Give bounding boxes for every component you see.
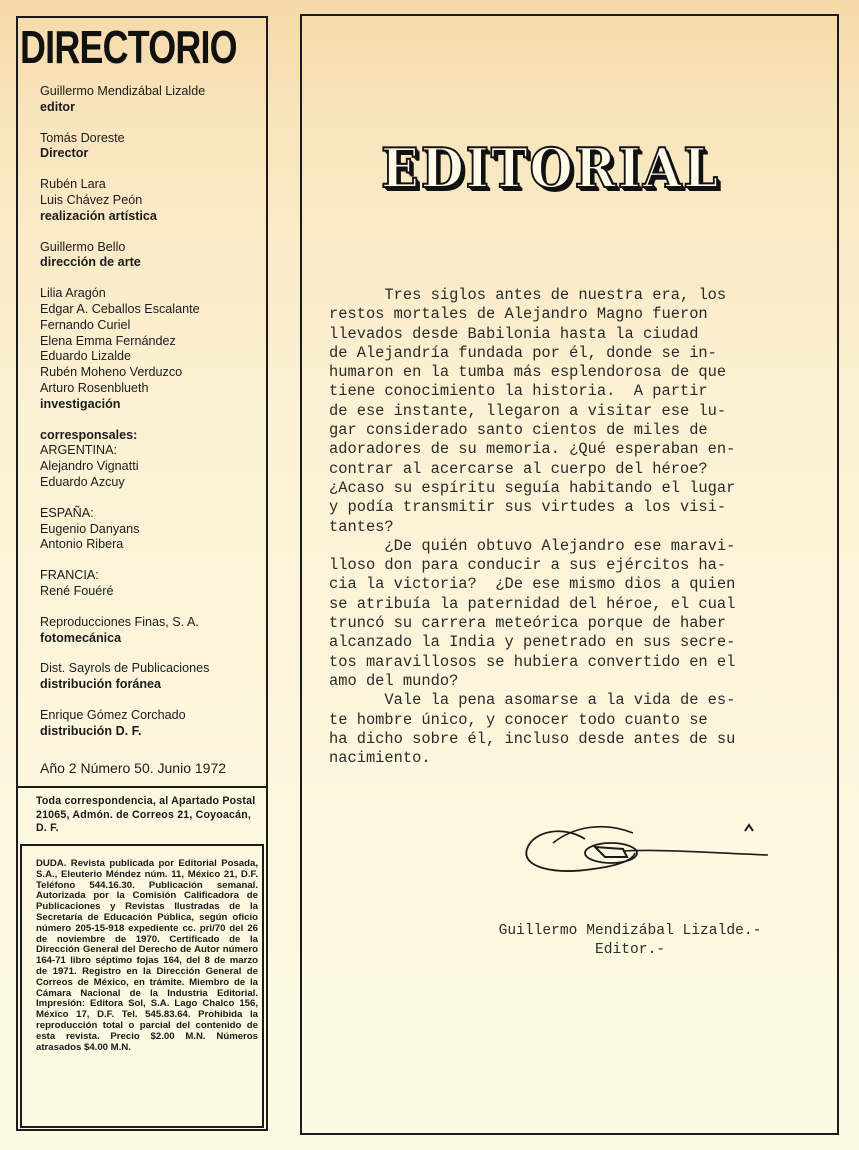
directory-group-df-distribution: Enrique Gómez Corchado distribución D. F… — [40, 708, 265, 740]
divider — [17, 786, 267, 788]
signature-icon — [523, 813, 773, 883]
editorial-title: EDITORIAL — [381, 138, 712, 198]
issue-info: Año 2 Número 50. Junio 1972 — [40, 760, 226, 776]
staff-name: Eduardo Lizalde — [40, 349, 265, 365]
staff-name: Enrique Gómez Corchado — [40, 708, 265, 724]
signer-block: Guillermo Mendizábal Lizalde.- Editor.- — [440, 922, 820, 960]
directory-group-photomechanics: Reproducciones Finas, S. A. fotomecánica — [40, 615, 265, 647]
directory-group-research: Lilia Aragón Edgar A. Ceballos Escalante… — [40, 286, 265, 412]
staff-name: Antonio Ribera — [40, 537, 265, 553]
staff-name: Fernando Curiel — [40, 318, 265, 334]
country-label: ESPAÑA: — [40, 506, 265, 522]
editorial-paragraph: Tres siglos antes de nuestra era, los re… — [329, 286, 829, 537]
signer-name: Guillermo Mendizábal Lizalde.- — [440, 922, 820, 941]
staff-name: Eugenio Danyans — [40, 522, 265, 538]
staff-role: investigación — [40, 397, 265, 413]
staff-name: Luis Chávez Peón — [40, 193, 265, 209]
staff-name: Arturo Rosenblueth — [40, 381, 265, 397]
staff-role: distribución foránea — [40, 677, 265, 693]
staff-role: dirección de arte — [40, 255, 265, 271]
directory-group-art-realization: Rubén Lara Luis Chávez Peón realización … — [40, 177, 265, 224]
staff-name: Rubén Moheno Verduzco — [40, 365, 265, 381]
directory-group-correspondents-france: FRANCIA: René Fouéré — [40, 568, 265, 600]
directory-group-editor: Guillermo Mendizábal Lizalde editor — [40, 84, 265, 116]
directory-group-director: Tomás Doreste Director — [40, 131, 265, 163]
signer-role: Editor.- — [440, 941, 820, 960]
directory-group-correspondents-argentina: corresponsales: ARGENTINA: Alejandro Vig… — [40, 428, 265, 491]
directory-group-foreign-distribution: Dist. Sayrols de Publicaciones distribuc… — [40, 661, 265, 693]
company-name: Dist. Sayrols de Publicaciones — [40, 661, 265, 677]
editorial-body: Tres siglos antes de nuestra era, los re… — [329, 286, 829, 768]
correspondence-address: Toda correspondencia, al Apartado Postal… — [36, 795, 258, 836]
directory-group-art-direction: Guillermo Bello dirección de arte — [40, 240, 265, 272]
staff-name: René Fouéré — [40, 584, 265, 600]
staff-name: Guillermo Mendizábal Lizalde — [40, 84, 265, 100]
section-heading: corresponsales: — [40, 428, 265, 444]
editorial-paragraph: Vale la pena asomarse a la vida de es- t… — [329, 691, 829, 768]
editorial-paragraph: ¿De quién obtuvo Alejandro ese maravi- l… — [329, 537, 829, 691]
staff-name: Guillermo Bello — [40, 240, 265, 256]
staff-role: Director — [40, 146, 265, 162]
directory-list: Guillermo Mendizábal Lizalde editor Tomá… — [40, 84, 265, 755]
directory-title: DIRECTORIO — [20, 22, 237, 72]
staff-name: Rubén Lara — [40, 177, 265, 193]
staff-role: distribución D. F. — [40, 724, 265, 740]
staff-role: realización artística — [40, 209, 265, 225]
directory-group-correspondents-spain: ESPAÑA: Eugenio Danyans Antonio Ribera — [40, 506, 265, 553]
country-label: ARGENTINA: — [40, 443, 265, 459]
staff-name: Alejandro Vignatti — [40, 459, 265, 475]
country-label: FRANCIA: — [40, 568, 265, 584]
staff-name: Edgar A. Ceballos Escalante — [40, 302, 265, 318]
staff-name: Eduardo Azcuy — [40, 475, 265, 491]
staff-name: Tomás Doreste — [40, 131, 265, 147]
legal-notice: DUDA. Revista publicada por Editorial Po… — [36, 859, 258, 1053]
staff-role: editor — [40, 100, 265, 116]
staff-role: fotomecánica — [40, 631, 265, 647]
company-name: Reproducciones Finas, S. A. — [40, 615, 265, 631]
staff-name: Elena Emma Fernández — [40, 334, 265, 350]
staff-name: Lilia Aragón — [40, 286, 265, 302]
